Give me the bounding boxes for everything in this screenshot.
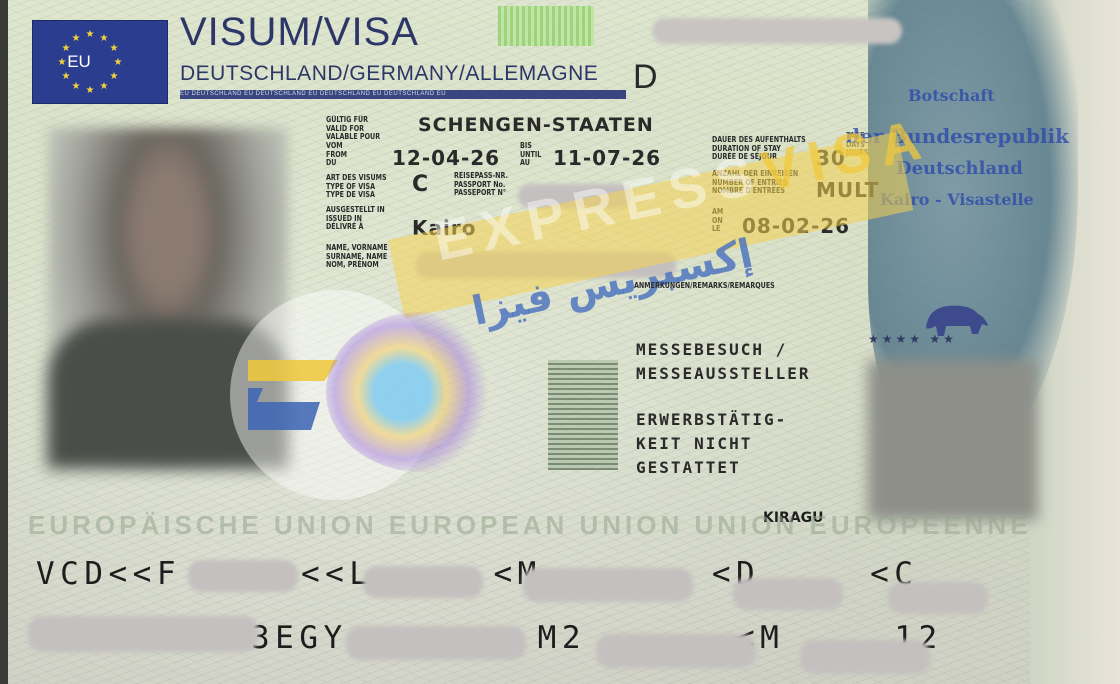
remark-line-5: GESTATTET: [636, 458, 741, 477]
from-label: VOM FROM DU: [326, 142, 347, 168]
issuing-state-code: D: [633, 58, 658, 97]
mrz-redaction: [888, 582, 988, 614]
mrz-redaction: [346, 626, 526, 660]
svg-text:★: ★: [72, 81, 81, 92]
mrz-redaction: [188, 560, 298, 592]
mrz-redaction: [28, 616, 258, 652]
mrz-l2-part-1: 3EGY: [251, 620, 348, 656]
remark-line-1: MESSEBESUCH /: [636, 340, 787, 359]
svg-text:★: ★: [86, 29, 95, 40]
eu-flag-icon: ★★★ ★★★ ★★★ ★★★ EU: [32, 20, 168, 104]
background-band-text: EUROPÄISCHE UNION EUROPEAN UNION UNION E…: [28, 510, 1032, 541]
mrz-redaction: [800, 640, 930, 674]
remark-line-3: ERWERBSTÄTIG-: [636, 410, 787, 429]
visa-number-redacted: [652, 18, 902, 44]
mrz-l2-part-2: M2: [538, 620, 586, 656]
remarks-label: ANMERKUNGEN/REMARKS/REMARQUES: [634, 282, 775, 291]
microprint-line: EU DEUTSCHLAND EU DEUTSCHLAND EU DEUTSCH…: [180, 90, 626, 99]
visa-title: VISUM/VISA: [180, 10, 419, 55]
mrz-l1-part-1: VCD<<F: [36, 556, 181, 592]
hologram-icon: [326, 312, 516, 472]
svg-text:★: ★: [86, 85, 95, 96]
visa-type-value: C: [412, 172, 429, 197]
issuing-country: DEUTSCHLAND/GERMANY/ALLEMAGNE: [180, 62, 598, 86]
remark-line-2: MESSEAUSSTELLER: [636, 364, 811, 383]
elephant-icon: [918, 300, 990, 340]
visa-sticker: ★★★ ★★★ ★★★ ★★★ EU VISUM/VISA DEUTSCHLAN…: [8, 0, 1120, 684]
mrz-redaction: [596, 634, 756, 668]
svg-text:★: ★: [114, 57, 123, 68]
valid-for-label: GÜLTIG FÜR VALID FOR VALABLE POUR: [326, 116, 380, 142]
name-label: NAME, VORNAME SURNAME, NAME NOM, PRÉNOM: [326, 244, 388, 270]
svg-text:★: ★: [100, 33, 109, 44]
e-logo-mark: [248, 360, 338, 430]
svg-text:★: ★: [100, 81, 109, 92]
flag-label: EU: [67, 52, 91, 72]
svg-text:★: ★: [110, 43, 119, 54]
until-label: BIS UNTIL AU: [520, 142, 541, 168]
ghost-image-blurred: [868, 360, 1038, 520]
remark-line-4: KEIT NICHT: [636, 434, 752, 453]
svg-text:★: ★: [62, 71, 71, 82]
embassy-stamp-line1: Botschaft: [908, 86, 995, 105]
mrz-redaction: [363, 566, 483, 598]
optically-variable-seal: [498, 6, 594, 46]
svg-text:★: ★: [72, 33, 81, 44]
security-grid: [548, 360, 618, 470]
svg-text:★: ★: [58, 57, 67, 68]
mrz-redaction: [523, 568, 693, 602]
mrz-redaction: [733, 578, 843, 610]
svg-text:★: ★: [110, 71, 119, 82]
from-date: 12-04-26: [392, 146, 500, 170]
valid-for-value: SCHENGEN-STAATEN: [418, 114, 654, 136]
issued-in-label: AUSGESTELLT IN ISSUED IN DÉLIVRÉ À: [326, 206, 385, 232]
visa-type-label: ART DES VISUMS TYPE OF VISA TYPE DE VISA: [326, 174, 387, 200]
